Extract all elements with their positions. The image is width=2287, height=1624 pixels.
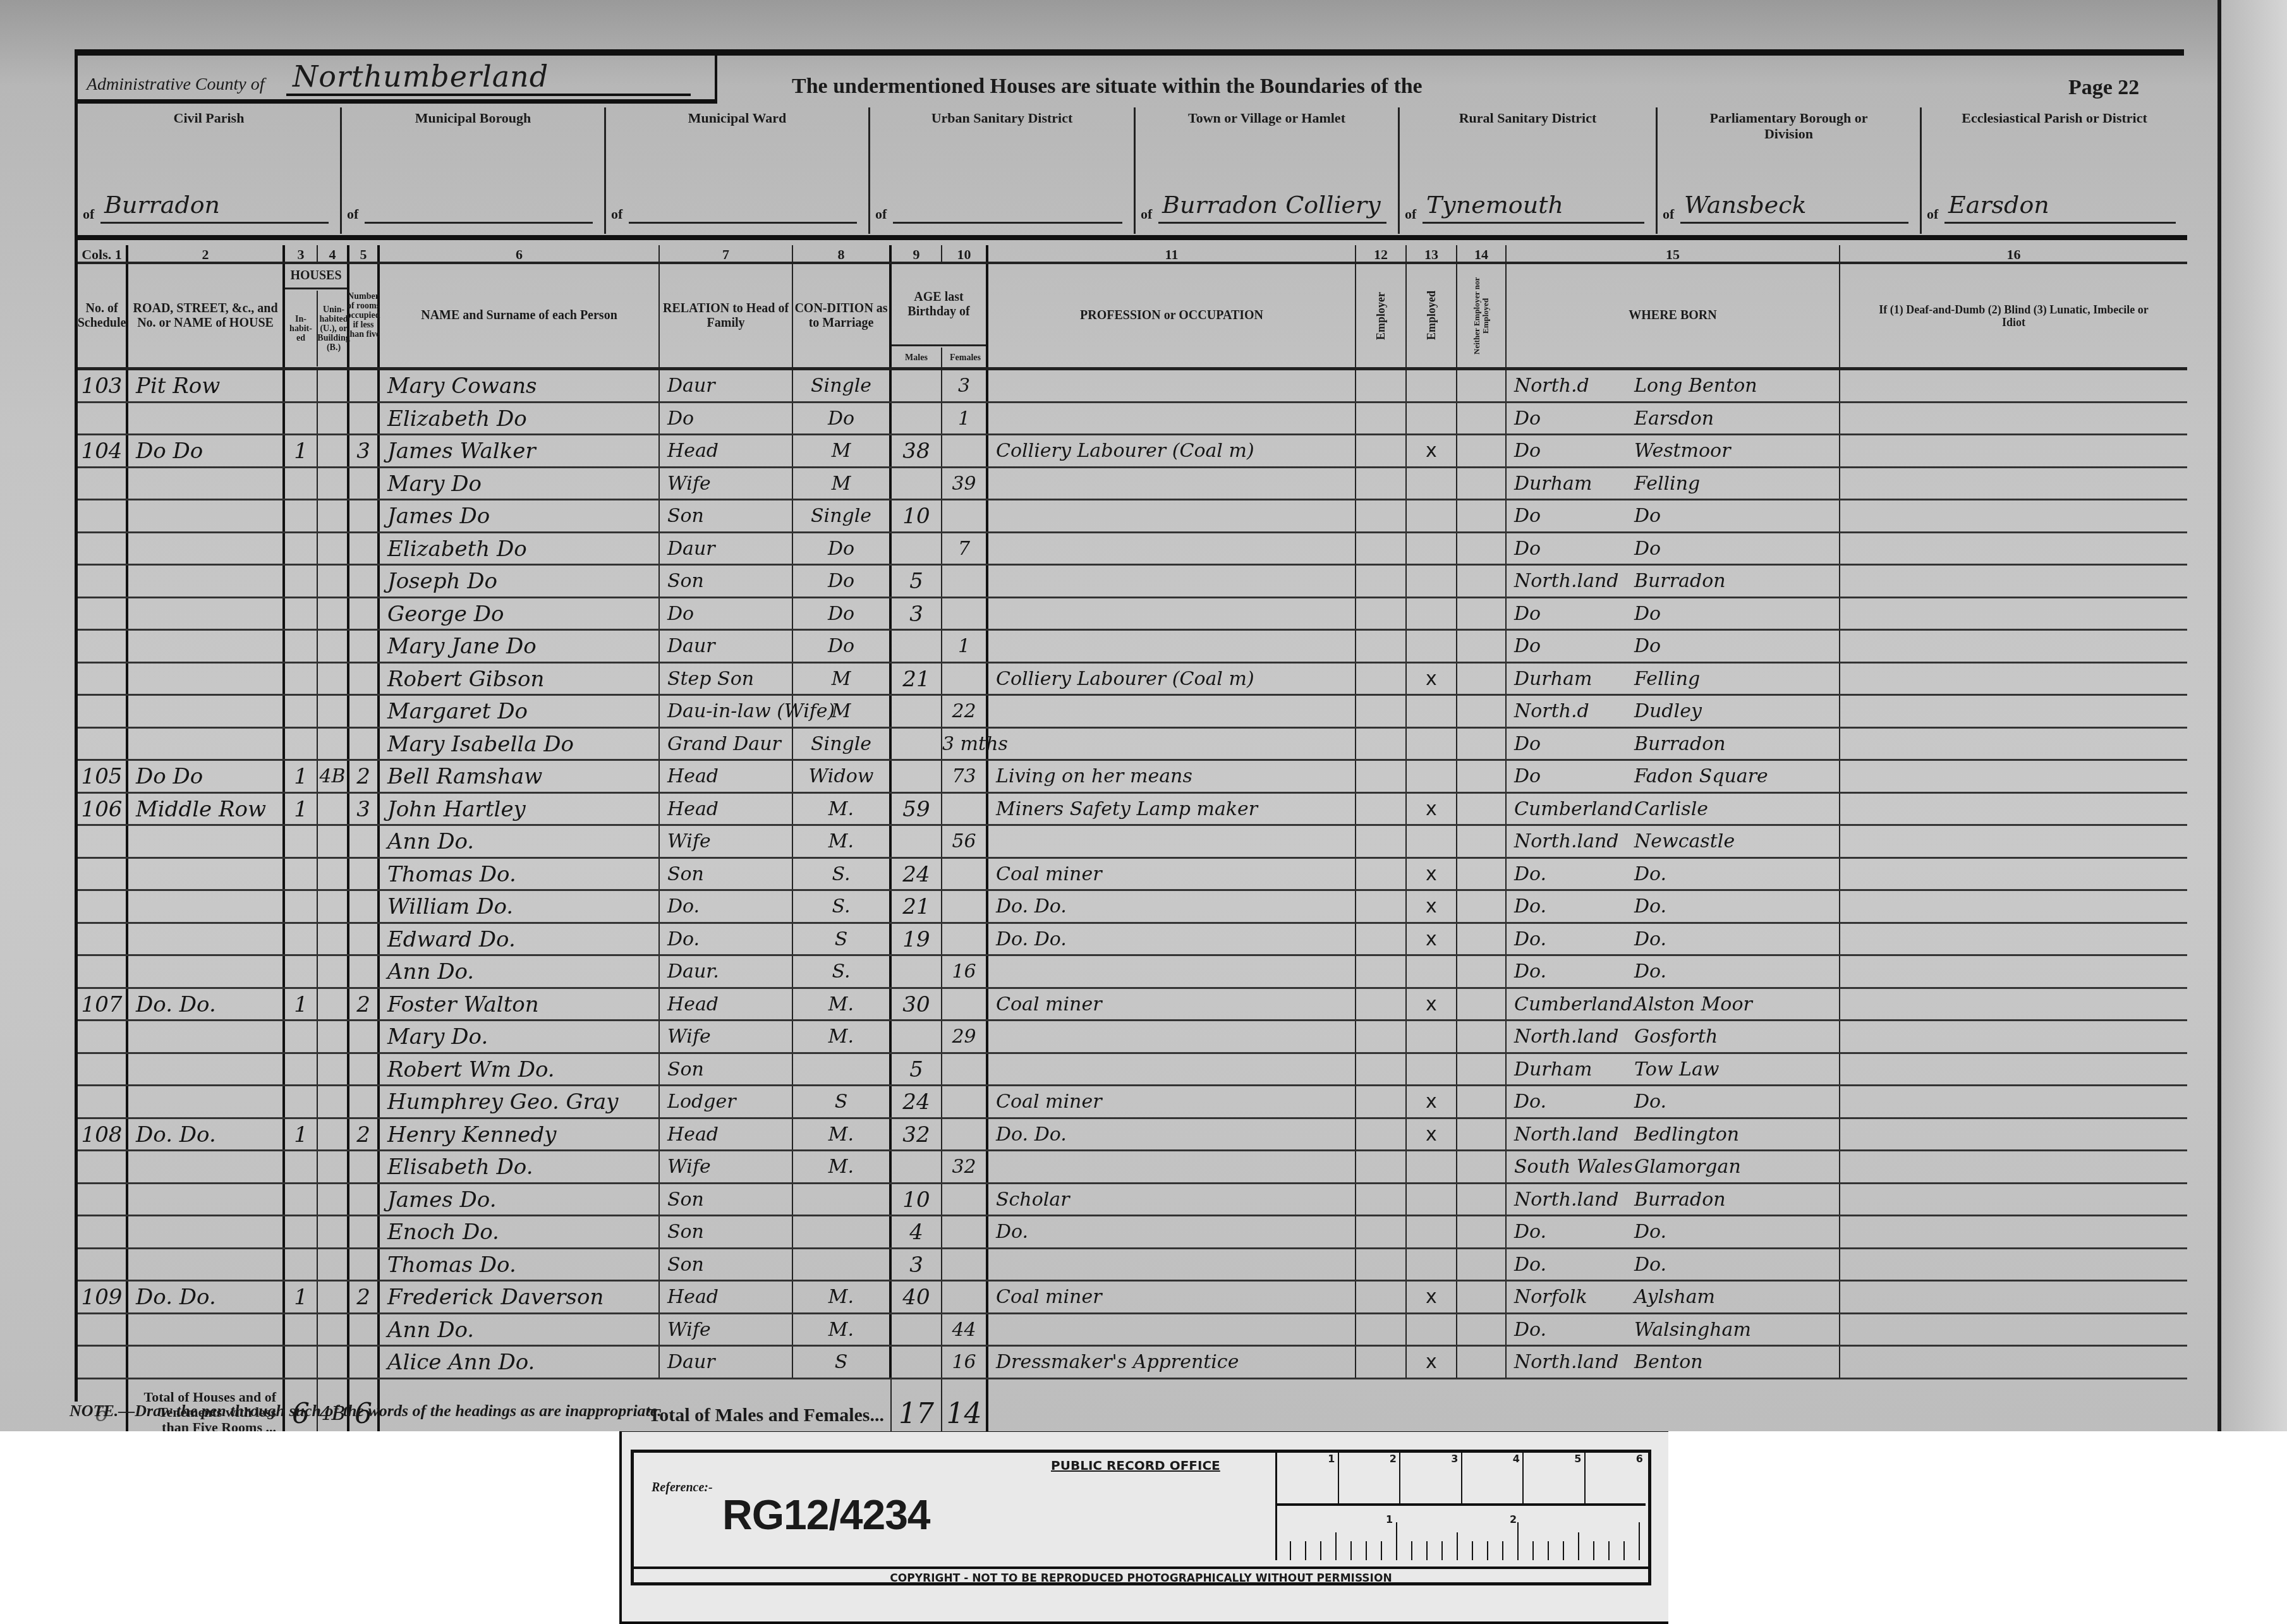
cell-condition: Single [793, 370, 892, 401]
division-value: Earsdon [1944, 191, 2176, 224]
cell-inhabited [285, 664, 318, 694]
cell-uninhabited [318, 826, 349, 857]
table-row: 106Middle Row13John HartleyHeadM.59Miner… [78, 794, 2187, 827]
page-edge [2217, 0, 2287, 1431]
cell-schedule [78, 1086, 128, 1117]
scale-label: 3 [1400, 1453, 1462, 1503]
born-place: Fadon Square [1634, 765, 1768, 787]
copyright-notice: COPYRIGHT - NOT TO BE REPRODUCED PHOTOGR… [634, 1566, 1648, 1585]
cell-rooms [349, 1086, 380, 1117]
cell-name: Mary Do [380, 468, 660, 499]
scale-tick [1335, 1532, 1337, 1560]
cell-born: DoDo [1507, 500, 1840, 531]
cell-employed [1407, 566, 1457, 597]
born-place: Do. [1634, 1221, 1666, 1243]
division-title: Town or Village or Hamlet [1136, 110, 1398, 126]
cell-name: Elizabeth Do [380, 403, 660, 434]
table-row: Thomas Do.SonS.24Coal minerxDo.Do. [78, 859, 2187, 892]
cell-employed: x [1407, 1119, 1457, 1150]
born-county: Do [1514, 500, 1634, 532]
col-num: 10 [942, 245, 988, 262]
stamp-frame: PUBLIC RECORD OFFICE Reference:- RG12/42… [631, 1450, 1651, 1585]
cell-neither [1457, 1021, 1507, 1052]
cell-inhabited [285, 631, 318, 662]
col-num: 16 [1840, 245, 2187, 262]
cell-uninhabited [318, 370, 349, 401]
cell-inhabited: 1 [285, 794, 318, 825]
headline: The undermentioned Houses are situate wi… [792, 75, 1423, 99]
cell-uninhabited [318, 598, 349, 629]
reference-label: Reference:- [652, 1481, 713, 1495]
born-place: Do [1634, 538, 1661, 560]
cell-road: Do Do [128, 761, 285, 792]
born-county: Do. [1514, 924, 1634, 955]
cell-road: Middle Row [128, 794, 285, 825]
cell-relation: Head [660, 1282, 793, 1312]
cell-employer [1356, 598, 1407, 629]
born-place: Do. [1634, 895, 1666, 918]
reference-stamp: PUBLIC RECORD OFFICE Reference:- RG12/42… [619, 1432, 1668, 1621]
cell-female-age: 29 [942, 1021, 988, 1052]
cell-male-age [892, 533, 942, 564]
cell-male-age: 3 [892, 1249, 942, 1280]
table-row: Joseph DoSonDo5North.landBurradon [78, 566, 2187, 598]
born-county: Norfolk [1514, 1282, 1634, 1313]
cell-rooms [349, 1314, 380, 1345]
cell-female-age: 1 [942, 631, 988, 662]
cell-female-age [942, 566, 988, 597]
cell-employer [1356, 696, 1407, 727]
table-row: Alice Ann Do.DaurS16Dressmaker's Apprent… [78, 1347, 2187, 1379]
cell-female-age: 16 [942, 956, 988, 987]
cell-neither [1457, 1282, 1507, 1312]
cell-occupation: Colliery Labourer (Coal m) [988, 435, 1356, 466]
of-label: of [1663, 206, 1674, 222]
administrative-divisions: Civil Parish of Burradon Municipal Borou… [78, 107, 2187, 240]
cell-female-age [942, 924, 988, 955]
cell-schedule [78, 956, 128, 987]
cell-occupation [988, 1054, 1356, 1085]
cell-road [128, 664, 285, 694]
cell-name: Frederick Daverson [380, 1282, 660, 1312]
division-parliamentary: Parliamentary Borough or Division of Wan… [1658, 107, 1922, 234]
cell-neither [1457, 1184, 1507, 1215]
cell-road [128, 956, 285, 987]
table-row: Elizabeth DoDoDo1DoEarsdon [78, 403, 2187, 436]
cell-male-age: 10 [892, 1184, 942, 1215]
cell-road [128, 1249, 285, 1280]
cell-employer [1356, 468, 1407, 499]
cell-employer [1356, 1151, 1407, 1182]
cell-relation: Dau-in-law (Wife) [660, 696, 793, 727]
cell-name: Mary Isabella Do [380, 729, 660, 760]
cell-female-age: 1 [942, 403, 988, 434]
total-persons-label: Total of Males and Females... [648, 1405, 884, 1426]
cell-uninhabited: 4B [318, 761, 349, 792]
table-row: Mary Do.WifeM.29North.landGosforth [78, 1021, 2187, 1054]
cell-female-age [942, 500, 988, 531]
cell-infirmity [1840, 761, 2187, 792]
cell-schedule: 109 [78, 1282, 128, 1312]
cell-employer [1356, 1054, 1407, 1085]
header-age: AGE last Birthday of [892, 264, 986, 346]
header-uninhabited: Unin-habited (U.), or Building (B.) [318, 291, 349, 367]
cell-relation: Step Son [660, 664, 793, 694]
cell-condition: Do [793, 533, 892, 564]
cell-name: Henry Kennedy [380, 1119, 660, 1150]
col-num: 4 [318, 245, 349, 262]
cell-employer [1356, 664, 1407, 694]
cell-condition: Do [793, 566, 892, 597]
cell-neither [1457, 956, 1507, 987]
cell-rooms [349, 859, 380, 890]
scale-tick [1426, 1541, 1428, 1560]
cell-inhabited [285, 859, 318, 890]
cell-occupation [988, 533, 1356, 564]
cell-occupation [988, 403, 1356, 434]
cell-schedule [78, 1249, 128, 1280]
born-place: Do [1634, 505, 1661, 527]
cell-inhabited [285, 1216, 318, 1247]
col-num: 12 [1356, 245, 1407, 262]
table-row: George DoDoDo3DoDo [78, 598, 2187, 631]
cell-inhabited [285, 1347, 318, 1378]
cell-relation: Son [660, 859, 793, 890]
cell-infirmity [1840, 924, 2187, 955]
header-where-born: WHERE BORN [1507, 264, 1840, 367]
col-num: 6 [380, 245, 660, 262]
cell-road [128, 729, 285, 760]
cell-relation: Do [660, 598, 793, 629]
cell-road [128, 924, 285, 955]
cell-inhabited [285, 500, 318, 531]
header-neither-text: Neither Employer nor Employed [1472, 265, 1490, 366]
cell-infirmity [1840, 1119, 2187, 1150]
cell-inhabited [285, 403, 318, 434]
cell-relation: Son [660, 1249, 793, 1280]
cell-uninhabited [318, 1347, 349, 1378]
cell-male-age [892, 1151, 942, 1182]
scale-tick [1350, 1541, 1352, 1560]
cell-neither [1457, 1347, 1507, 1378]
cell-male-age [892, 370, 942, 401]
of-label: of [875, 206, 887, 222]
col-num: 11 [988, 245, 1356, 262]
cell-road [128, 891, 285, 922]
header-occupation: PROFESSION or OCCUPATION [988, 264, 1356, 367]
cell-schedule [78, 598, 128, 629]
cell-employer [1356, 729, 1407, 760]
cell-neither [1457, 370, 1507, 401]
cell-name: Robert Gibson [380, 664, 660, 694]
cell-neither [1457, 533, 1507, 564]
table-row: Elisabeth Do.WifeM.32South WalesGlamorga… [78, 1151, 2187, 1184]
cell-infirmity [1840, 468, 2187, 499]
born-place: Alston Moor [1634, 993, 1752, 1015]
cell-occupation: Coal miner [988, 1086, 1356, 1117]
cell-schedule [78, 566, 128, 597]
table-row: Mary DoWifeM39DurhamFelling [78, 468, 2187, 501]
cell-employed [1407, 826, 1457, 857]
cell-schedule: 104 [78, 435, 128, 466]
cell-employer [1356, 1216, 1407, 1247]
cell-rooms [349, 403, 380, 434]
born-place: Benton [1634, 1351, 1703, 1373]
born-place: Long Benton [1634, 375, 1757, 397]
cell-female-age [942, 794, 988, 825]
cell-employer [1356, 403, 1407, 434]
table-row: 103Pit RowMary CowansDaurSingle3North.dL… [78, 370, 2187, 403]
cell-name: Elizabeth Do [380, 533, 660, 564]
scale-tick [1381, 1541, 1382, 1560]
cell-inhabited [285, 956, 318, 987]
division-value: Tynemouth [1423, 191, 1644, 224]
cell-neither [1457, 1086, 1507, 1117]
cell-occupation [988, 500, 1356, 531]
header-condition: CON-DITION as to Marriage [793, 264, 892, 367]
cell-employed [1407, 1151, 1457, 1182]
cell-name: Edward Do. [380, 924, 660, 955]
cell-condition: M [793, 696, 892, 727]
cell-rooms [349, 1151, 380, 1182]
cell-female-age: 7 [942, 533, 988, 564]
cell-name: Mary Cowans [380, 370, 660, 401]
cell-schedule [78, 1184, 128, 1215]
cell-occupation [988, 729, 1356, 760]
cell-female-age [942, 1086, 988, 1117]
cell-inhabited [285, 924, 318, 955]
born-place: Westmoor [1634, 440, 1731, 462]
cell-relation: Son [660, 1054, 793, 1085]
cell-schedule [78, 1347, 128, 1378]
header-name: NAME and Surname of each Person [380, 264, 660, 367]
cell-female-age [942, 598, 988, 629]
cell-neither [1457, 598, 1507, 629]
cell-inhabited [285, 1054, 318, 1085]
cell-condition: S [793, 924, 892, 955]
cell-infirmity [1840, 1184, 2187, 1215]
cell-born: DoBurradon [1507, 729, 1840, 760]
cell-schedule [78, 1216, 128, 1247]
cell-born: North.landBedlington [1507, 1119, 1840, 1150]
table-row: James Do.Son10ScholarNorth.landBurradon [78, 1184, 2187, 1217]
table-row: Enoch Do.Son4Do.Do.Do. [78, 1216, 2187, 1249]
born-place: Carlisle [1634, 798, 1708, 820]
cell-condition: S [793, 1086, 892, 1117]
cell-employed [1407, 696, 1457, 727]
table-row: Mary Jane DoDaurDo1DoDo [78, 631, 2187, 664]
header-employed-text: Employed [1424, 291, 1439, 340]
cell-inhabited [285, 1086, 318, 1117]
born-county: North.land [1514, 1184, 1634, 1216]
cell-relation: Head [660, 1119, 793, 1150]
cell-name: Enoch Do. [380, 1216, 660, 1247]
cell-uninhabited [318, 924, 349, 955]
born-place: Walsingham [1634, 1319, 1751, 1341]
table-row: Margaret DoDau-in-law (Wife)M22North.dDu… [78, 696, 2187, 729]
scale-tick [1290, 1541, 1291, 1560]
cell-inhabited [285, 696, 318, 727]
cell-uninhabited [318, 1119, 349, 1150]
scale-label: 5 [1524, 1453, 1586, 1503]
header-females: Females [942, 348, 988, 368]
cell-female-age: 56 [942, 826, 988, 857]
county-label: Administrative County of [87, 75, 265, 95]
of-label: of [1141, 206, 1152, 222]
division-value: Burradon Colliery [1158, 191, 1386, 224]
cell-rooms [349, 664, 380, 694]
division-title: Municipal Borough [342, 110, 604, 126]
cell-employer [1356, 1119, 1407, 1150]
cell-schedule [78, 696, 128, 727]
cell-uninhabited [318, 1151, 349, 1182]
cell-uninhabited [318, 533, 349, 564]
cell-employed [1407, 500, 1457, 531]
cell-employer [1356, 794, 1407, 825]
cell-employed [1407, 533, 1457, 564]
cell-male-age: 40 [892, 1282, 942, 1312]
cell-neither [1457, 891, 1507, 922]
cell-condition: Single [793, 729, 892, 760]
cell-condition: Do [793, 631, 892, 662]
cell-rooms [349, 891, 380, 922]
cell-born: DoDo [1507, 631, 1840, 662]
cell-occupation [988, 468, 1356, 499]
header-males: Males [892, 348, 942, 368]
cell-infirmity [1840, 1086, 2187, 1117]
division-title: Parliamentary Borough or Division [1658, 110, 1920, 142]
measure-scale: 1 2 3 4 5 6 1 2 [1275, 1453, 1646, 1560]
cell-employed [1407, 1184, 1457, 1215]
col-num: 5 [349, 245, 380, 262]
cell-neither [1457, 1054, 1507, 1085]
table-row: William Do.Do.S.21Do. Do.xDo.Do. [78, 891, 2187, 924]
cell-road [128, 500, 285, 531]
cell-condition: M. [793, 1314, 892, 1345]
cell-employed: x [1407, 1282, 1457, 1312]
scale-tick [1593, 1541, 1594, 1560]
cell-born: Do.Do. [1507, 1249, 1840, 1280]
header-road: ROAD, STREET, &c., and No. or NAME of HO… [128, 264, 285, 367]
cell-employed [1407, 1249, 1457, 1280]
born-place: Do. [1634, 863, 1666, 885]
cell-female-age [942, 989, 988, 1020]
scale-label: 4 [1462, 1453, 1524, 1503]
division-value [629, 191, 857, 224]
cell-female-age: 22 [942, 696, 988, 727]
cell-rooms [349, 1184, 380, 1215]
cell-occupation [988, 1021, 1356, 1052]
cell-occupation: Do. Do. [988, 1119, 1356, 1150]
division-title: Urban Sanitary District [870, 110, 1134, 126]
cell-schedule [78, 500, 128, 531]
cell-inhabited [285, 566, 318, 597]
cell-female-age: 44 [942, 1314, 988, 1345]
cell-infirmity [1840, 1021, 2187, 1052]
cell-born: North.landNewcastle [1507, 826, 1840, 857]
cell-male-age: 3 [892, 598, 942, 629]
col-num: 15 [1507, 245, 1840, 262]
cell-employer [1356, 1184, 1407, 1215]
of-label: of [83, 206, 94, 222]
cell-employer [1356, 989, 1407, 1020]
cell-condition: M. [793, 794, 892, 825]
born-county: South Wales [1514, 1151, 1634, 1183]
cell-relation: Daur [660, 1347, 793, 1378]
cell-road [128, 696, 285, 727]
cell-female-age [942, 435, 988, 466]
cell-road [128, 1021, 285, 1052]
cell-schedule: 105 [78, 761, 128, 792]
cell-infirmity [1840, 794, 2187, 825]
cell-road: Pit Row [128, 370, 285, 401]
of-label: of [1927, 206, 1938, 222]
cell-uninhabited [318, 468, 349, 499]
cell-born: DurhamFelling [1507, 468, 1840, 499]
cell-inhabited: 1 [285, 989, 318, 1020]
cell-employer [1356, 435, 1407, 466]
cell-employed [1407, 598, 1457, 629]
cell-employed [1407, 631, 1457, 662]
born-county: Do [1514, 403, 1634, 435]
cell-occupation: Do. Do. [988, 891, 1356, 922]
cell-neither [1457, 924, 1507, 955]
cell-relation: Do [660, 403, 793, 434]
cell-neither [1457, 500, 1507, 531]
cell-born: CumberlandCarlisle [1507, 794, 1840, 825]
cell-occupation [988, 631, 1356, 662]
cell-road [128, 598, 285, 629]
cell-road: Do. Do. [128, 1282, 285, 1312]
cell-male-age: 4 [892, 1216, 942, 1247]
cell-condition: S. [793, 956, 892, 987]
scale-tick [1487, 1541, 1488, 1560]
cell-schedule: 103 [78, 370, 128, 401]
cell-neither [1457, 826, 1507, 857]
cell-employed [1407, 1216, 1457, 1247]
cell-occupation: Dressmaker's Apprentice [988, 1347, 1356, 1378]
cell-born: DoEarsdon [1507, 403, 1840, 434]
cell-employed: x [1407, 891, 1457, 922]
division-civil-parish: Civil Parish of Burradon [78, 107, 342, 234]
cell-employed: x [1407, 1347, 1457, 1378]
born-place: Dudley [1634, 700, 1702, 722]
cell-occupation [988, 598, 1356, 629]
cell-road: Do Do [128, 435, 285, 466]
cell-born: Do.Do. [1507, 859, 1840, 890]
cell-employer [1356, 1282, 1407, 1312]
scale-tick [1502, 1541, 1503, 1560]
cell-rooms: 2 [349, 1119, 380, 1150]
cell-neither [1457, 794, 1507, 825]
cell-condition: Do [793, 403, 892, 434]
cell-employed [1407, 468, 1457, 499]
cell-relation: Wife [660, 1314, 793, 1345]
cell-male-age [892, 1021, 942, 1052]
division-value [893, 191, 1122, 224]
division-value: Burradon [100, 191, 329, 224]
born-county: North.land [1514, 1119, 1634, 1151]
cell-name: George Do [380, 598, 660, 629]
born-place: Do [1634, 635, 1661, 657]
col-num: 13 [1407, 245, 1457, 262]
born-place: Gosforth [1634, 1026, 1718, 1048]
cell-name: Thomas Do. [380, 1249, 660, 1280]
scale-inch: 1 2 [1277, 1508, 1646, 1560]
born-county: Do. [1514, 1216, 1634, 1248]
of-label: of [347, 206, 358, 222]
cell-male-age: 32 [892, 1119, 942, 1150]
